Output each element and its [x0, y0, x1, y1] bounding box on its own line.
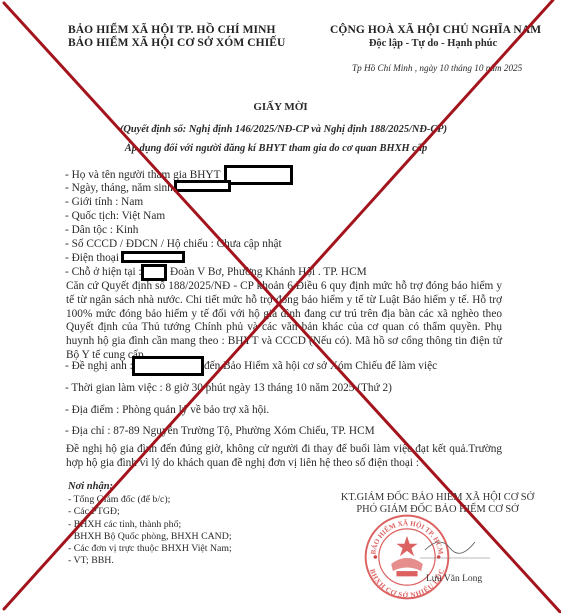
signature-scribble-icon [420, 530, 490, 560]
signature-title-line1: KT.GIÁM ĐỐC BẢO HIỂM XÃ HỘI CƠ SỞ [315, 492, 560, 503]
recipient-item: - BHXH các tỉnh, thành phố; [68, 519, 232, 531]
agency-name-line1: BẢO HIỂM XÃ HỘI TP. HỒ CHÍ MINH [68, 24, 276, 36]
invite-label: - Đề nghị anh : [65, 360, 133, 374]
work-place: - Địa điểm : Phòng quản lý về bảo trợ xã… [65, 404, 269, 418]
redacted-invitee [132, 356, 204, 376]
recipient-item: - Tổng Giám đốc (để b/c); [68, 494, 232, 506]
redacted-house-number [141, 264, 167, 281]
field-ethnicity: - Dân tộc : Kinh [65, 224, 138, 238]
field-gender: - Giới tính : Nam [65, 196, 143, 210]
recipient-item: - VT; BBH. [68, 555, 232, 567]
recipient-item: - BHXH Bộ Quốc phòng, BHXH CAND; [68, 531, 232, 543]
applies-to: Áp dụng đối với người đăng kí BHYT tham … [116, 143, 436, 154]
field-phone-label: - Điện thoại : [65, 252, 125, 266]
recipients-title: Nơi nhận: [68, 481, 113, 492]
field-id-number: - Số CCCD / ĐDCN / Hộ chiếu : Chưa cập n… [65, 238, 282, 252]
document-title: GIẤY MỜI [0, 101, 561, 113]
recipients-list: - Tổng Giám đốc (để b/c); - Các PTGĐ; - … [68, 494, 232, 568]
agency-name-line2: BẢO HIỂM XÃ HỘI CƠ SỞ XÓM CHIẾU [68, 37, 285, 49]
decision-reference: (Quyết định số: Nghị định 146/2025/NĐ-CP… [106, 124, 461, 135]
invite-text: đến Bảo Hiểm xã hội cơ sở Xóm Chiếu để l… [204, 360, 437, 374]
support-paragraph: Căn cứ Quyết định số 188/2025/NĐ - CP kh… [66, 280, 502, 363]
field-nationality: - Quốc tịch: Việt Nam [65, 210, 165, 224]
field-address-value: Đoàn V Bơ, Phường Khánh Hội . TP. HCM [170, 266, 367, 280]
national-motto: Độc lập - Tự do - Hạnh phúc [330, 38, 536, 49]
work-address: - Địa chỉ : 87-89 Nguyễn Trường Tộ, Phườ… [65, 425, 375, 439]
work-time: - Thời gian làm việc : 8 giờ 30 phút ngà… [65, 382, 392, 396]
recipient-item: - Các đơn vị trực thuộc BHXH Việt Nam; [68, 543, 232, 555]
date-line: Tp Hồ Chí Minh , ngày 10 tháng 10 năm 20… [352, 63, 522, 73]
redacted-phone [121, 251, 185, 263]
recipient-item: - Các PTGĐ; [68, 506, 232, 518]
signer-name: Lưu Văn Long [426, 574, 482, 584]
field-address-label: - Chỗ ở hiện tại : [65, 266, 142, 280]
closing-paragraph: Đề nghị hộ gia đình đến đúng giờ, không … [66, 443, 502, 471]
redacted-dob [174, 180, 231, 192]
national-title: CỘNG HOÀ XÃ HỘI CHỦ NGHĨA NAM [330, 24, 536, 36]
field-dob-label: - Ngày, tháng, năm sinh : [65, 182, 179, 196]
redacted-name [224, 165, 293, 185]
